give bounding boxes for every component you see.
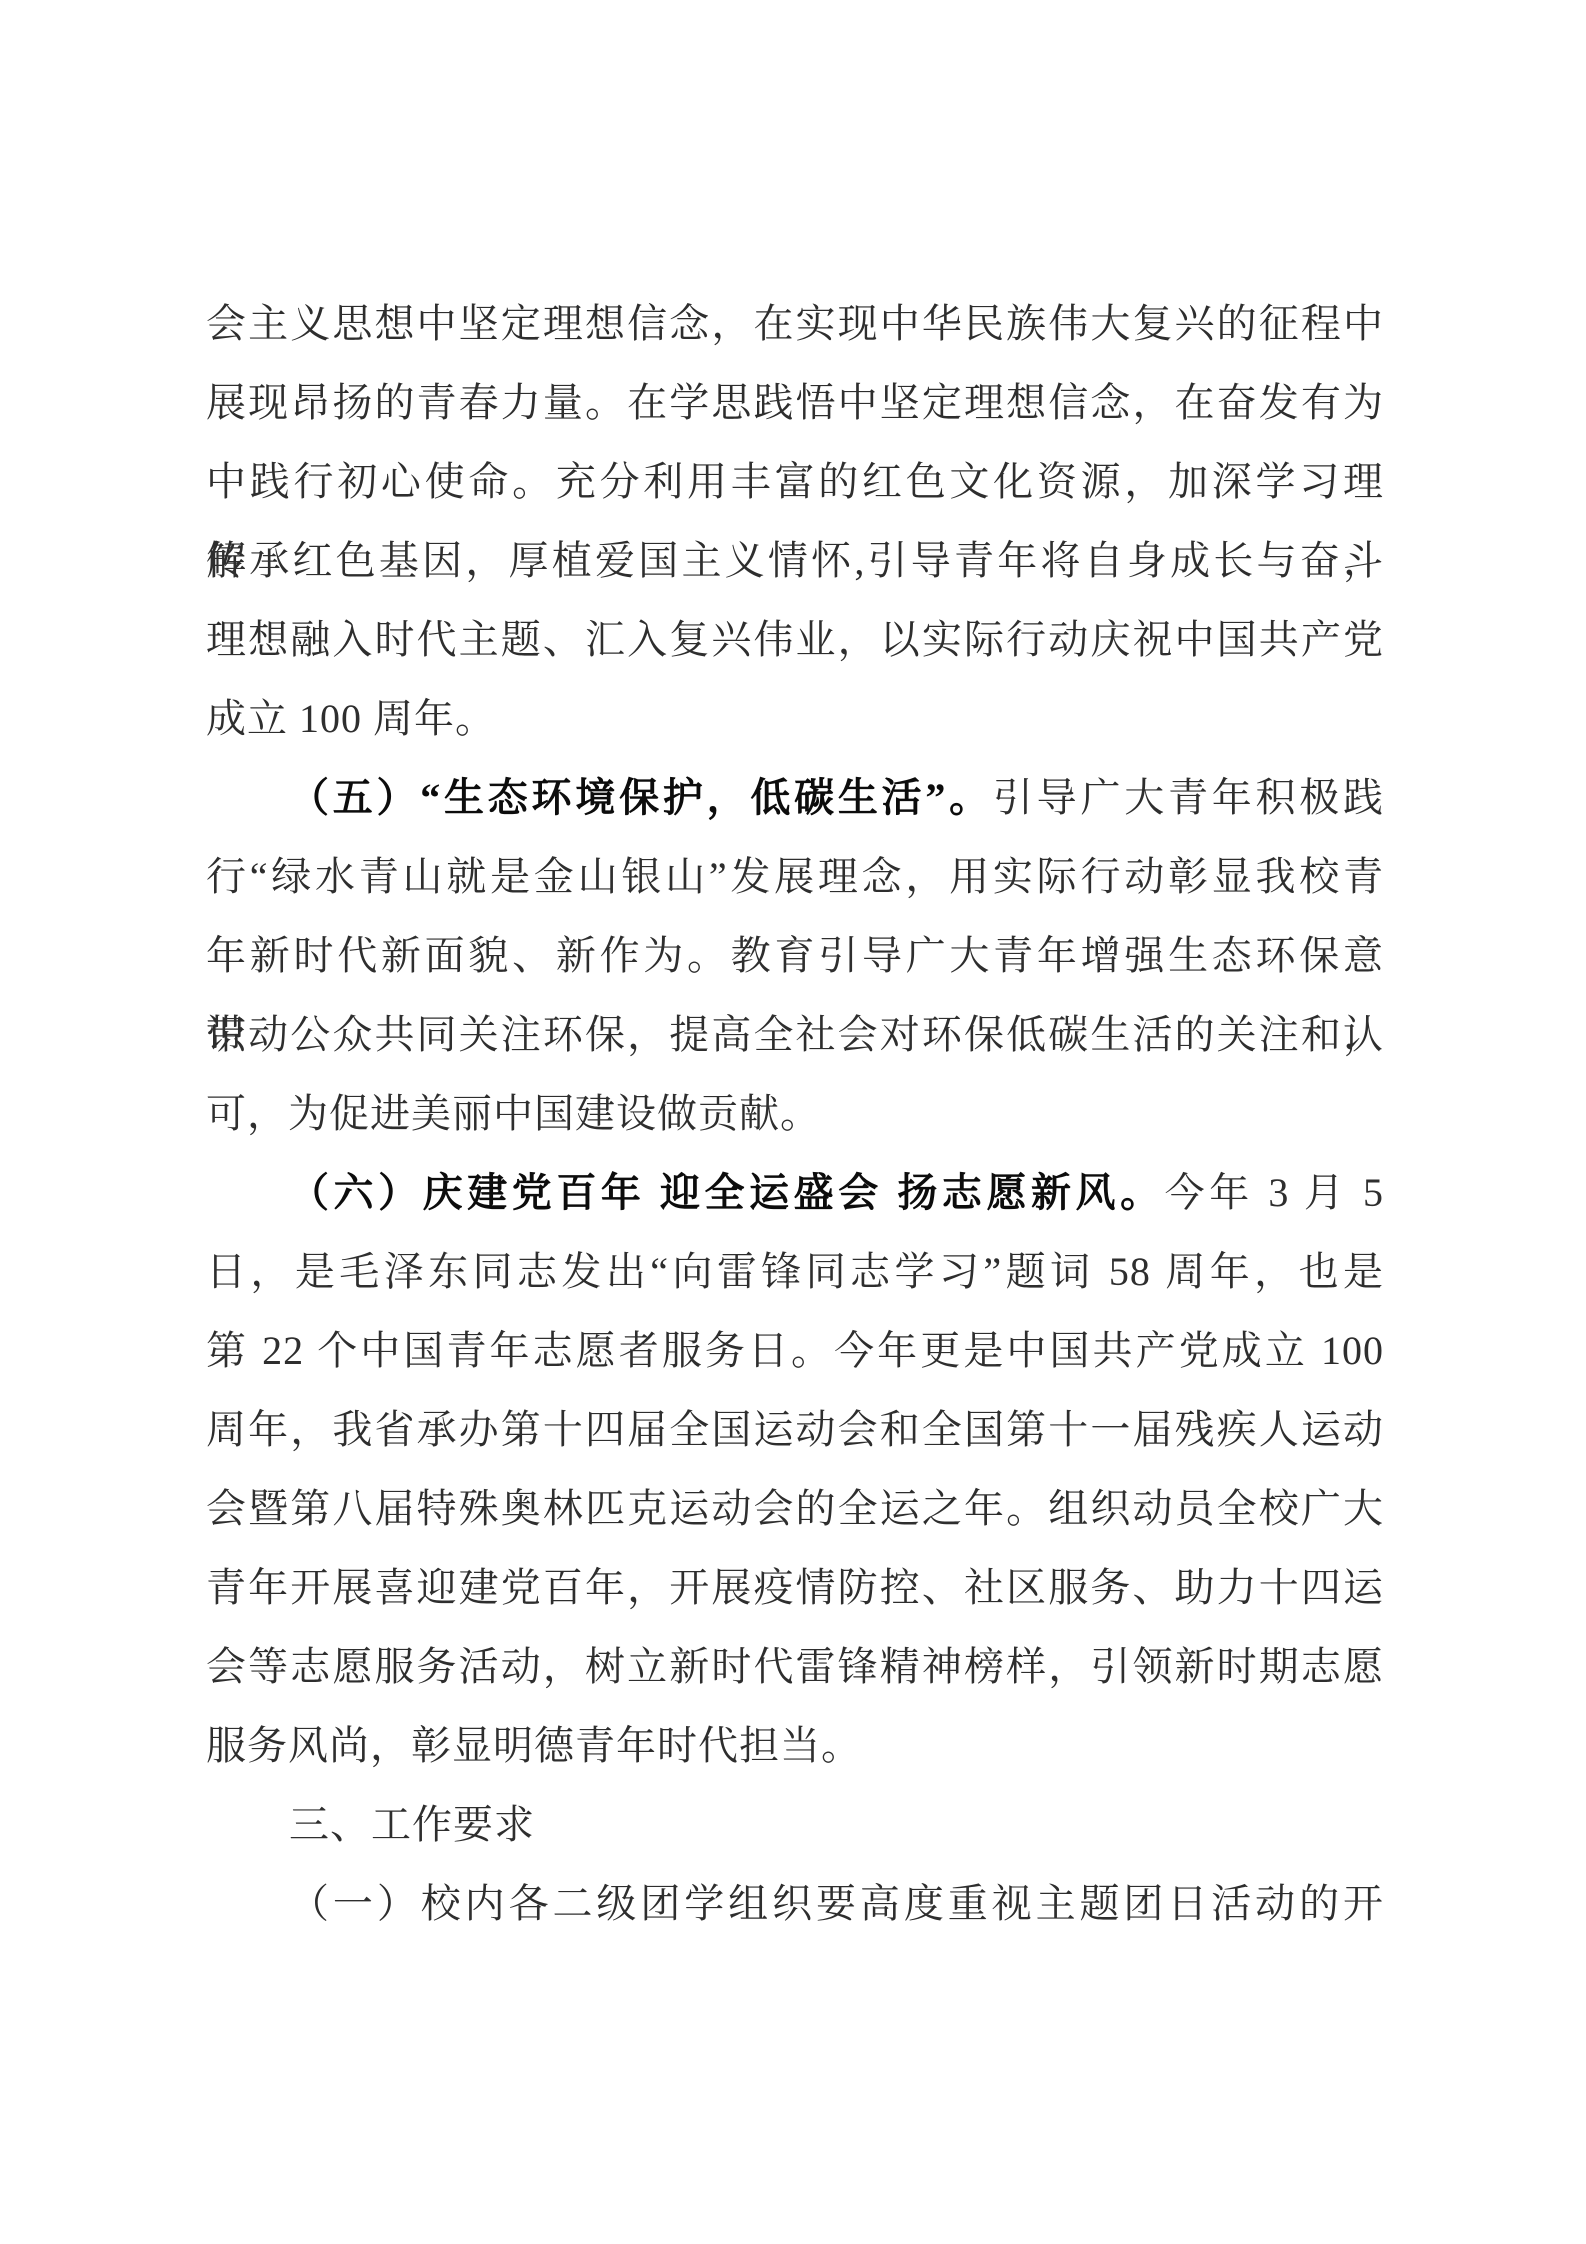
text-line: 会等志愿服务活动，树立新时代雷锋精神榜样，引领新时期志愿 <box>206 1627 1384 1706</box>
body-text: （一）校内各二级团学组织要高度重视主题团日活动的开 <box>289 1881 1384 1926</box>
text-line: 会暨第八届特殊奥林匹克运动会的全运之年。组织动员全校广大 <box>206 1469 1384 1548</box>
body-text: 第 22 个中国青年志愿者服务日。今年更是中国共产党成立 100 <box>206 1328 1384 1373</box>
body-text: 可，为促进美丽中国建设做贡献。 <box>206 1091 821 1136</box>
text-line: 周年，我省承办第十四届全国运动会和全国第十一届残疾人运动 <box>206 1390 1384 1469</box>
text-line: 理想融入时代主题、汇入复兴伟业，以实际行动庆祝中国共产党 <box>206 600 1384 679</box>
body-text: 会主义思想中坚定理想信念，在实现中华民族伟大复兴的征程中 <box>206 301 1384 346</box>
text-line: （一）校内各二级团学组织要高度重视主题团日活动的开 <box>206 1864 1384 1943</box>
body-text: 服务风尚，彰显明德青年时代担当。 <box>206 1723 862 1768</box>
body-text: 青年开展喜迎建党百年，开展疫情防控、社区服务、助力十四运 <box>206 1565 1384 1610</box>
body-text: 日，是毛泽东同志发出“向雷锋同志学习”题词 58 周年，也是 <box>206 1249 1384 1294</box>
text-line: 中践行初心使命。充分利用丰富的红色文化资源，加深学习理解， <box>206 442 1384 521</box>
body-text: 周年，我省承办第十四届全国运动会和全国第十一届残疾人运动 <box>206 1407 1384 1452</box>
body-text: 成立 100 周年。 <box>206 696 496 741</box>
body-text: 三、工作要求 <box>289 1802 535 1847</box>
text-line: 服务风尚，彰显明德青年时代担当。 <box>206 1706 1384 1785</box>
text-line: 青年开展喜迎建党百年，开展疫情防控、社区服务、助力十四运 <box>206 1548 1384 1627</box>
text-line: 日，是毛泽东同志发出“向雷锋同志学习”题词 58 周年，也是 <box>206 1232 1384 1311</box>
body-text: 会暨第八届特殊奥林匹克运动会的全运之年。组织动员全校广大 <box>206 1486 1384 1531</box>
body-text: 展现昂扬的青春力量。在学思践悟中坚定理想信念，在奋发有为 <box>206 380 1384 425</box>
bold-heading-text: （五）“生态环境保护，低碳生活”。 <box>289 775 993 820</box>
text-line: 可，为促进美丽中国建设做贡献。 <box>206 1074 1384 1153</box>
text-line: 第 22 个中国青年志愿者服务日。今年更是中国共产党成立 100 <box>206 1311 1384 1390</box>
text-line: 年新时代新面貌、新作为。教育引导广大青年增强生态环保意识， <box>206 916 1384 995</box>
text-line: （六）庆建党百年 迎全运盛会 扬志愿新风。今年 3 月 5 <box>206 1153 1384 1232</box>
body-text: 会等志愿服务活动，树立新时代雷锋精神榜样，引领新时期志愿 <box>206 1644 1384 1689</box>
text-line: 成立 100 周年。 <box>206 679 1384 758</box>
body-text: 传承红色基因，厚植爱国主义情怀,引导青年将自身成长与奋斗 <box>206 538 1384 583</box>
text-line: 三、工作要求 <box>206 1785 1384 1864</box>
body-text: 今年 3 月 5 <box>1165 1170 1384 1215</box>
body-text: 行“绿水青山就是金山银山”发展理念，用实际行动彰显我校青 <box>206 854 1384 899</box>
text-line: （五）“生态环境保护，低碳生活”。引导广大青年积极践 <box>206 758 1384 837</box>
text-line: 展现昂扬的青春力量。在学思践悟中坚定理想信念，在奋发有为 <box>206 363 1384 442</box>
body-text: 理想融入时代主题、汇入复兴伟业，以实际行动庆祝中国共产党 <box>206 617 1384 662</box>
text-line: 会主义思想中坚定理想信念，在实现中华民族伟大复兴的征程中 <box>206 284 1384 363</box>
text-line: 行“绿水青山就是金山银山”发展理念，用实际行动彰显我校青 <box>206 837 1384 916</box>
body-text: 引导广大青年积极践 <box>993 775 1384 820</box>
document-body: 会主义思想中坚定理想信念，在实现中华民族伟大复兴的征程中展现昂扬的青春力量。在学… <box>206 284 1384 1943</box>
text-line: 传承红色基因，厚植爱国主义情怀,引导青年将自身成长与奋斗 <box>206 521 1384 600</box>
bold-heading-text: （六）庆建党百年 迎全运盛会 扬志愿新风。 <box>289 1170 1165 1215</box>
document-page: 会主义思想中坚定理想信念，在实现中华民族伟大复兴的征程中展现昂扬的青春力量。在学… <box>0 0 1586 2244</box>
text-line: 带动公众共同关注环保，提高全社会对环保低碳生活的关注和认 <box>206 995 1384 1074</box>
body-text: 带动公众共同关注环保，提高全社会对环保低碳生活的关注和认 <box>206 1012 1384 1057</box>
